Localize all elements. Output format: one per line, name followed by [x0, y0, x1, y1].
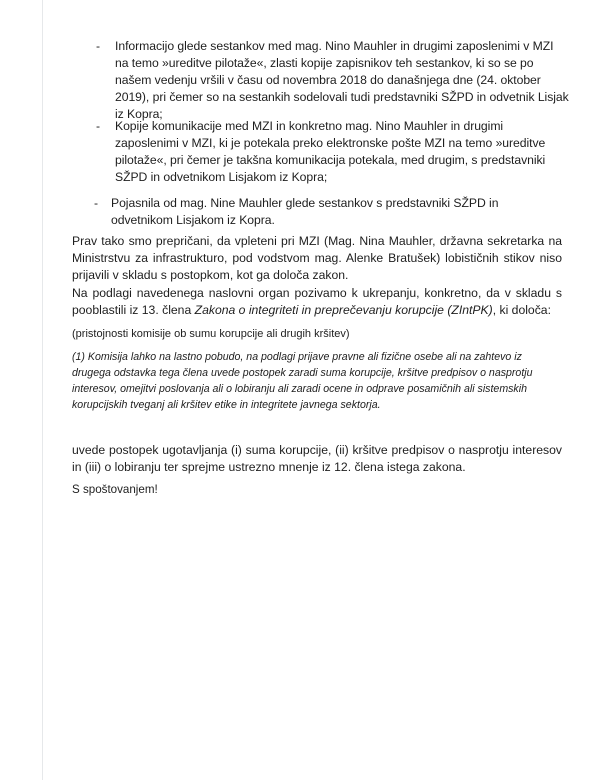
bullet-dash: - [96, 118, 100, 135]
scanned-letter-page: - Informacijo glede sestankov med mag. N… [0, 0, 600, 780]
bullet-dash: - [96, 38, 100, 55]
request-item-text: Kopije komunikacije med MZI in konkretno… [115, 118, 570, 186]
quoted-article-body: (1) Komisija lahko na lastno pobudo, na … [72, 349, 550, 413]
bullet-dash: - [94, 195, 98, 212]
law-name: Zakona o integriteti in preprečevanju ko… [195, 303, 493, 317]
request-text-after: , ki določa: [493, 303, 551, 317]
paragraph-lobbying-contacts: Prav tako smo prepričani, da vpleteni pr… [72, 233, 562, 284]
request-item-text: Pojasnila od mag. Nine Mauhler glede ses… [111, 195, 551, 229]
paragraph-conclusion: uvede postopek ugotavljanja (i) suma kor… [72, 442, 562, 476]
closing-salutation: S spoštovanjem! [72, 481, 372, 498]
request-item-text: Informacijo glede sestankov med mag. Nin… [115, 38, 570, 123]
paragraph-request-action: Na podlagi navedenega naslovni organ poz… [72, 285, 562, 319]
quoted-article-heading: (pristojnosti komisije ob sumu korupcije… [72, 327, 552, 341]
